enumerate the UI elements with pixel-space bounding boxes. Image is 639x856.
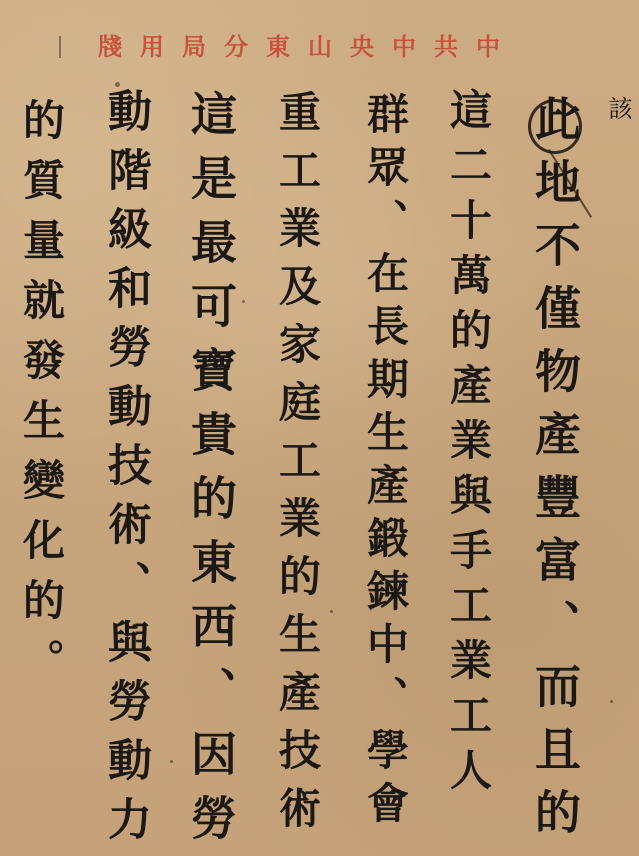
paper-speck bbox=[330, 610, 333, 613]
paper-speck bbox=[610, 700, 613, 703]
manuscript-column-1: 此地不僅物產豐富、而且的 bbox=[532, 95, 578, 851]
deleted-character: 此 bbox=[532, 95, 578, 158]
column-text: 重工業及家庭工業的生產技術 bbox=[273, 90, 322, 844]
letterhead-title: 中共中央山東分局用牋 bbox=[98, 27, 518, 62]
manuscript-column-4: 重工業及家庭工業的生產技術 bbox=[276, 90, 318, 844]
paper-speck bbox=[115, 82, 120, 87]
letterhead: 中共中央山東分局用牋 bbox=[98, 28, 518, 60]
manuscript-column-7: 的質量就發生變化的。 bbox=[20, 98, 62, 698]
paper-speck bbox=[242, 300, 245, 303]
manuscript-column-3: 群眾、在長期生產鍛鍊中、學會 bbox=[364, 92, 406, 834]
column-text: 群眾、在長期生產鍛鍊中、學會 bbox=[361, 92, 410, 834]
manuscript-column-6: 動階級和勞動技術、與勞動力 bbox=[103, 88, 147, 855]
manuscript-column-5: 這是最可寶貴的東西、因勞 bbox=[188, 90, 234, 856]
manuscript-column-2: 這二十萬的產業與手工業工人 bbox=[447, 88, 489, 803]
column-text: 這是最可寶貴的東西、因勞 bbox=[184, 90, 238, 856]
column-text: 動階級和勞動技術、與勞動力 bbox=[100, 88, 151, 855]
inserted-correction: 該 bbox=[606, 96, 630, 120]
column-text: 地不僅物產豐富、而且的 bbox=[528, 158, 582, 851]
paper-speck bbox=[170, 760, 173, 763]
column-text: 這二十萬的產業與手工業工人 bbox=[444, 88, 493, 803]
margin-rule-mark bbox=[59, 36, 61, 58]
column-text: 的質量就發生變化的。 bbox=[17, 98, 66, 698]
